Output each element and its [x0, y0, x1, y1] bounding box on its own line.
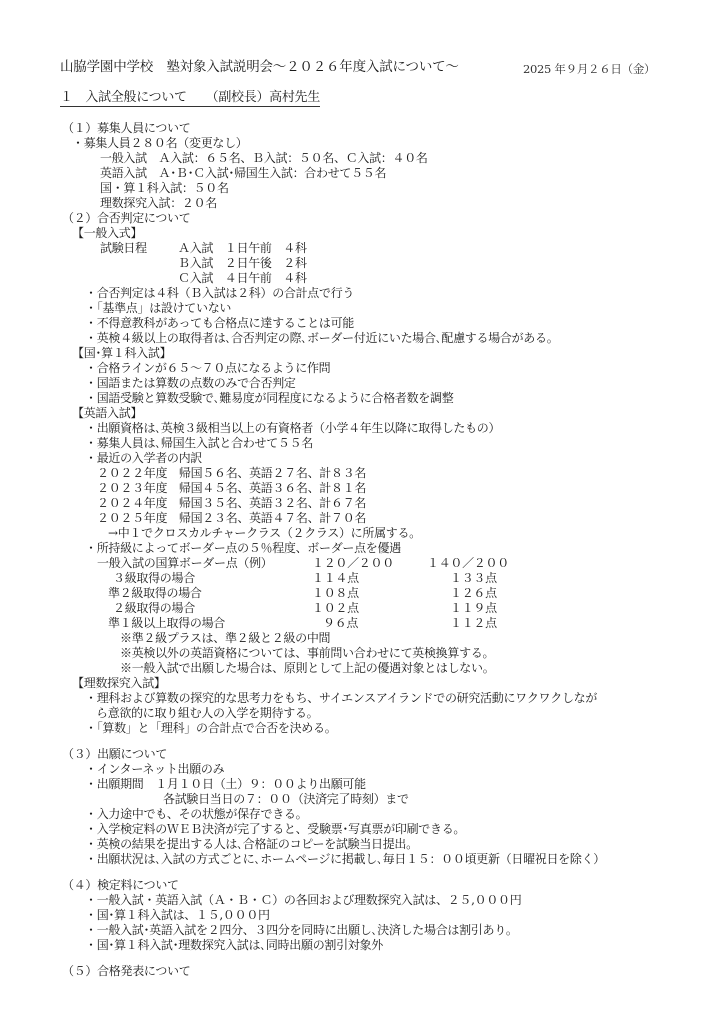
border-table-cell: １０８点	[312, 586, 359, 601]
schedule-row: Ｂ入試 ２日午後 ２科	[178, 256, 307, 271]
schedule-label: 試験日程	[100, 241, 147, 256]
english-bullet: ・募集人員は､帰国生入試と合わせて５５名	[85, 436, 313, 451]
sub3-bullet: ・英検の結果を提出する人は､合格証のコピーを試験当日提出。	[85, 837, 418, 852]
schedule-row: Ｃ入試 ４日午前 ４科	[178, 271, 307, 286]
one-subject-bullet: ・合格ラインが６５～７０点になるように作問	[85, 361, 330, 376]
general-bullet: ・合否判定は４科（Ｂ入試は２科）の合計点で行う	[85, 286, 354, 301]
english-note: ※準２級プラスは、準２級と２級の中間	[120, 631, 330, 646]
border-table-cell: １２６点	[450, 586, 497, 601]
english-heading: 【英語入試】	[72, 406, 142, 421]
english-note: ※英検以外の英語資格については、事前問い合わせにて英検換算する。	[120, 646, 494, 661]
english-bullet: ・出願資格は､英検３級相当以上の有資格者（小学４年生以降に取得したもの）	[85, 421, 500, 436]
sub3-bullet-continuation: 各試験日当日の７：００（決済完了時刻）まで	[163, 792, 409, 807]
english-note: ※一般入試で出願した場合は、原則として上記の優遇対象とはしない。	[120, 661, 494, 676]
border-table-row-label: ２級取得の場合	[113, 601, 195, 616]
one-subject-heading: 【国･算１科入試】	[72, 346, 171, 361]
border-table-row-label: ３級取得の場合	[113, 571, 195, 586]
sub1-line: 国・算１科入試：５０名	[100, 181, 229, 196]
preference-bullet: ・所持級によってボーダー点の５％程度、ボーダー点を優遇	[85, 541, 401, 556]
border-table-cell: １１２点	[450, 616, 497, 631]
class-note: →中１でクロスカルチャークラス（２クラス）に所属する。	[108, 526, 421, 541]
sub1-line: 理数探究入試：２０名	[100, 196, 217, 211]
sub4-bullet: ・一般入試･英語入試を２四分、３四分を同時に出願し､決済した場合は割引あり。	[85, 923, 518, 938]
sub4-heading: （４）検定料について	[62, 878, 179, 893]
general-bullet: ・「基準点」は設けていない	[85, 301, 231, 316]
sub3-bullet: ・入学検定料のＷＥＢ決済が完了すると、受験票･写真票が印刷できる。	[85, 822, 465, 837]
science-bullet: ・「算数」と「理科」の合計点で合否を決める。	[85, 721, 336, 736]
one-subject-bullet: ・国語受験と算数受験で､難易度が同程度になるように合格者数を調整	[85, 391, 453, 406]
border-table-header-label: 一般入試の国算ボーダー点（例）	[97, 556, 273, 571]
general-heading: 【一般入式】	[72, 226, 142, 241]
sub4-bullet: ・国･算１科入試･理数探究入試は､同時出願の割引対象外	[85, 938, 383, 953]
sub1-bullet: ・募集人員２８０名（変更なし）	[72, 136, 248, 151]
science-heading: 【理数探究入試】	[72, 676, 166, 691]
border-table-header-col2: １４０／２００	[427, 556, 509, 571]
document-title: 山脇学園中学校 塾対象入試説明会～２０２６年度入試について～	[60, 60, 459, 75]
sub5-heading: （５）合格発表について	[62, 964, 190, 979]
border-table-row-label: 準２級取得の場合	[108, 586, 202, 601]
sub4-bullet: ・国･算１科入試は、１５,０００円	[85, 908, 270, 923]
sub4-bullet: ・一般入試・英語入試（Ａ・Ｂ・Ｃ）の各回および理数探究入試は、２５,０００円	[85, 893, 521, 908]
border-table-cell: ９６点	[323, 616, 358, 631]
science-bullet: ・理科および算数の探究的な思考力をもち、サイエンスアイランドでの研究活動にワクワ…	[85, 691, 597, 706]
english-bullet: ・最近の入学者の内訳	[85, 451, 202, 466]
sub1-line: 英語入試 Ａ･Ｂ･Ｃ入試･帰国生入試：合わせて５５名	[100, 166, 386, 181]
sub1-line: 一般入試 Ａ入試：６５名、Ｂ入試：５０名、Ｃ入試：４０名	[100, 151, 428, 166]
general-bullet: ・不得意教科があっても合格点に達することは可能	[85, 316, 354, 331]
border-table-cell: １３３点	[450, 571, 497, 586]
section-1-heading: １ 入試全般について （副校長）高村先生	[60, 90, 320, 107]
sub3-bullet: ・入力途中でも、その状態が保存できる。	[85, 807, 307, 822]
enrollment-row: ２０２４年度 帰国３５名、英語３２名、計６７名	[97, 496, 366, 511]
border-table-cell: １０２点	[312, 601, 359, 616]
general-bullet: ・英検４級以上の取得者は､合否判定の際､ボーダー付近にいた場合､配慮する場合があ…	[85, 331, 558, 346]
border-table-cell: １１９点	[450, 601, 497, 616]
sub3-bullet: ・出願期間 １月１０日（土）９：００より出願可能	[85, 777, 366, 792]
enrollment-row: ２０２２年度 帰国５６名、英語２７名、計８３名	[97, 466, 366, 481]
sub3-bullet: ・インターネット出願のみ	[85, 762, 224, 777]
one-subject-bullet: ・国語または算数の点数のみで合否判定	[85, 376, 296, 391]
border-table-row-label: 準１級以上取得の場合	[108, 616, 225, 631]
schedule-row: Ａ入試 １日午前 ４科	[178, 241, 307, 256]
sub3-heading: （３）出願について	[62, 747, 167, 762]
document-date: 2025 年９月２６日（金）	[523, 62, 655, 77]
science-bullet-continuation: ら意欲的に取り組む人の入学を期待する。	[96, 706, 318, 721]
sub1-heading: （１）募集人員について	[62, 121, 190, 136]
border-table-header-col1: １２０／２００	[312, 556, 394, 571]
border-table-cell: １１４点	[312, 571, 359, 586]
enrollment-row: ２０２５年度 帰国２３名、英語４７名、計７０名	[97, 511, 366, 526]
enrollment-row: ２０２３年度 帰国４５名、英語３６名、計８１名	[97, 481, 366, 496]
sub2-heading: （２）合否判定について	[62, 211, 190, 226]
sub3-bullet: ・出願状況は､入試の方式ごとに､ホームページに掲載し､毎日１５：００頃更新（日曜…	[85, 852, 605, 867]
